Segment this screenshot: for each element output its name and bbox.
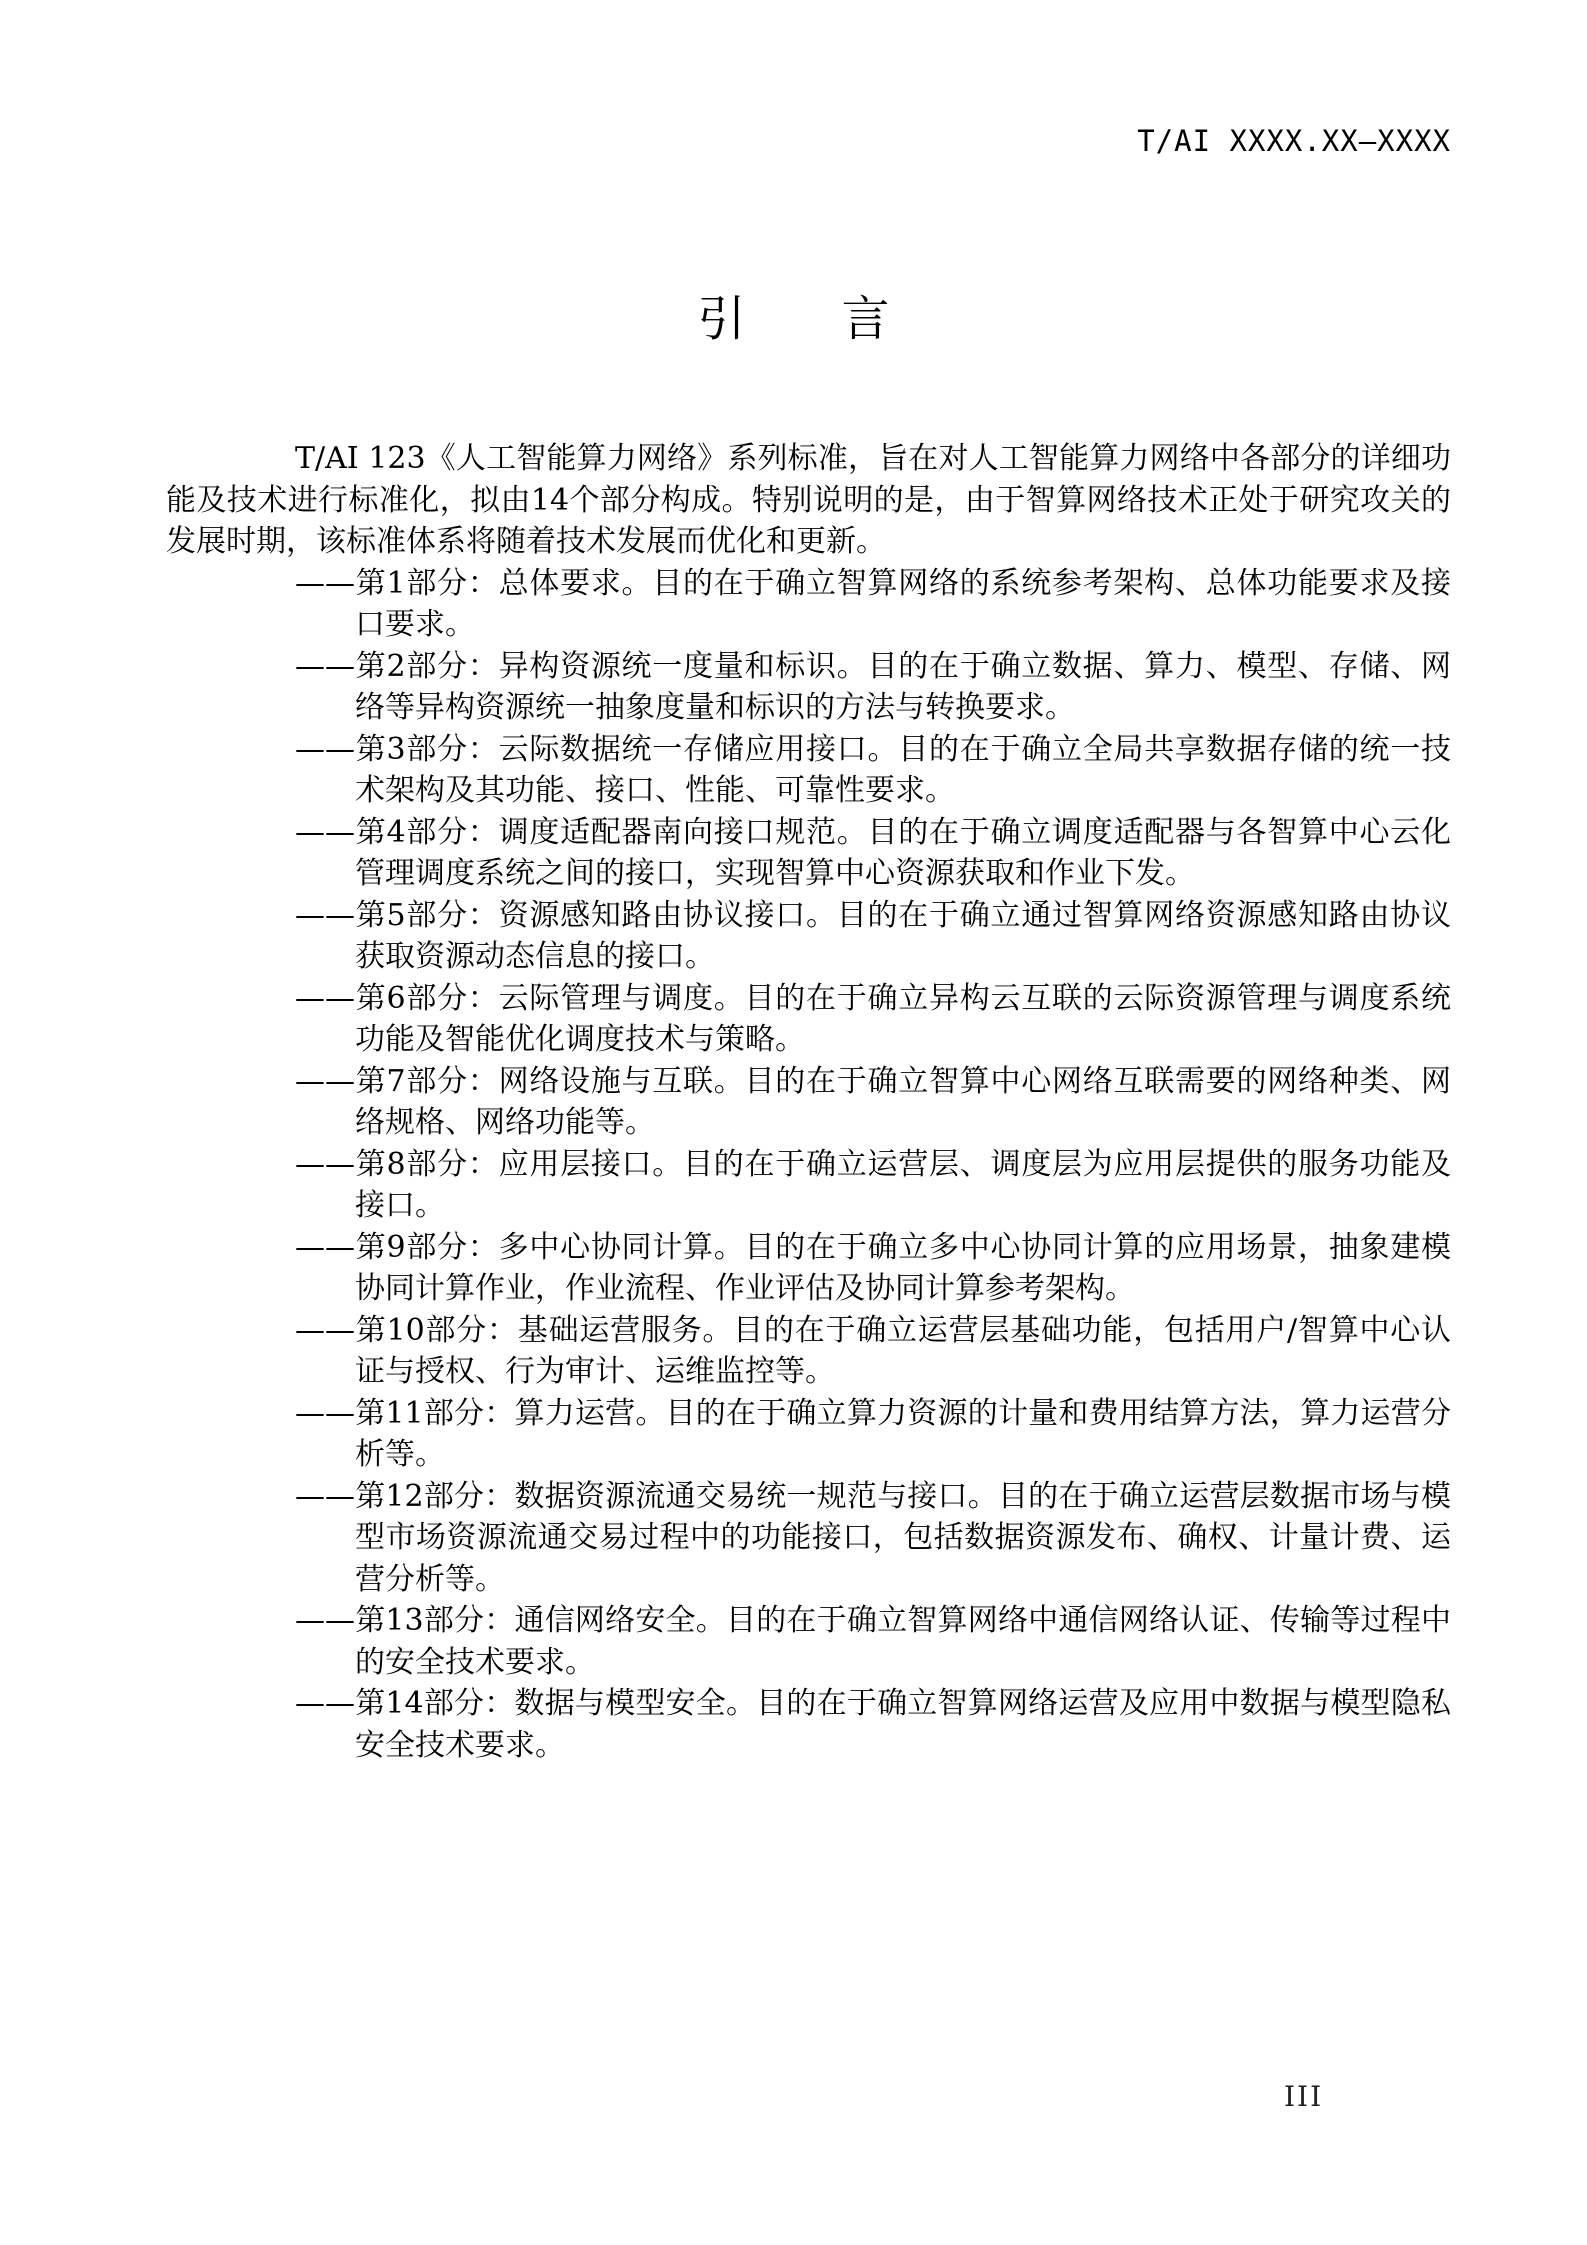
document-code-header: T/AI XXXX.XX—XXXX [166, 124, 1451, 158]
intro-lead-paragraph: T/AI 123《人工智能算力网络》系列标准，旨在对人工智能算力网络中各部分的详… [166, 438, 1451, 563]
standard-document-page: T/AI XXXX.XX—XXXX 引 言 T/AI 123《人工智能算力网络》… [0, 0, 1587, 2245]
page-number: III [1284, 2080, 1323, 2113]
part-item-7: ——第7部分：网络设施与互联。目的在于确立智算中心网络互联需要的网络种类、网络规… [166, 1061, 1451, 1144]
part-item-4: ——第4部分：调度适配器南向接口规范。目的在于确立调度适配器与各智算中心云化管理… [166, 812, 1451, 895]
part-item-12: ——第12部分：数据资源流通交易统一规范与接口。目的在于确立运营层数据市场与模型… [166, 1476, 1451, 1601]
part-item-9: ——第9部分：多中心协同计算。目的在于确立多中心协同计算的应用场景，抽象建模协同… [166, 1227, 1451, 1310]
part-item-11: ——第11部分：算力运营。目的在于确立算力资源的计量和费用结算方法，算力运营分析… [166, 1393, 1451, 1476]
part-item-3: ——第3部分：云际数据统一存储应用接口。目的在于确立全局共享数据存储的统一技术架… [166, 729, 1451, 812]
part-item-1: ——第1部分：总体要求。目的在于确立智算网络的系统参考架构、总体功能要求及接口要… [166, 563, 1451, 646]
part-item-10: ——第10部分：基础运营服务。目的在于确立运营层基础功能，包括用户/智算中心认证… [166, 1310, 1451, 1393]
page-title: 引 言 [0, 291, 1587, 347]
part-item-2: ——第2部分：异构资源统一度量和标识。目的在于确立数据、算力、模型、存储、网络等… [166, 646, 1451, 729]
part-item-14: ——第14部分：数据与模型安全。目的在于确立智算网络运营及应用中数据与模型隐私安… [166, 1683, 1451, 1766]
introduction-body: T/AI 123《人工智能算力网络》系列标准，旨在对人工智能算力网络中各部分的详… [166, 438, 1451, 1766]
part-item-6: ——第6部分：云际管理与调度。目的在于确立异构云互联的云际资源管理与调度系统功能… [166, 978, 1451, 1061]
part-item-5: ——第5部分：资源感知路由协议接口。目的在于确立通过智算网络资源感知路由协议获取… [166, 895, 1451, 978]
part-item-8: ——第8部分：应用层接口。目的在于确立运营层、调度层为应用层提供的服务功能及接口… [166, 1144, 1451, 1227]
part-item-13: ——第13部分：通信网络安全。目的在于确立智算网络中通信网络认证、传输等过程中的… [166, 1600, 1451, 1683]
